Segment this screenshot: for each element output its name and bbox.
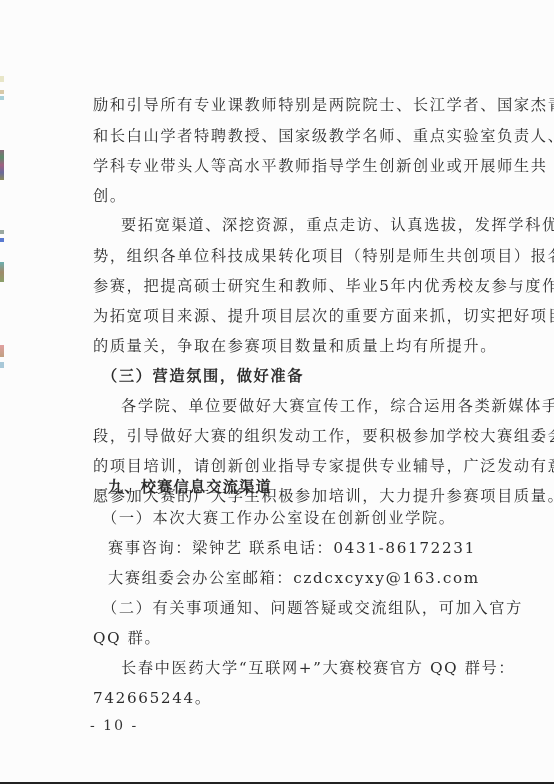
page-number: - 10 - [90, 718, 138, 734]
paragraph-line: 各学院、单位要做好大赛宣传工作，综合运用各类新媒体手 [121, 397, 554, 415]
paragraph-line: 创。 [93, 187, 127, 205]
paragraph-line: （二）有关事项通知、问题答疑或交流组队，可加入官方 [102, 599, 523, 617]
paragraph-line: 的质量关，争取在参赛项目数量和质量上均有所提升。 [93, 337, 497, 355]
paragraph-line: 和长白山学者特聘教授、国家级教学名师、重点实验室负责人、 [93, 127, 554, 145]
paragraph-line: 学科专业带头人等高水平教师指导学生创新创业或开展师生共 [93, 157, 548, 175]
paragraph-line: 要拓宽渠道、深挖资源，重点走访、认真选拔，发挥学科优 [121, 216, 554, 234]
paragraph-line: （一）本次大赛工作办公室设在创新创业学院。 [102, 509, 456, 527]
subsection-heading: （三）营造氛围，做好准备 [102, 367, 304, 385]
email-line: 大赛组委会办公室邮箱：czdcxcyxy@163.com [108, 569, 480, 587]
paragraph-line: 为拓宽项目来源、提升项目层次的重要方面来抓，切实把好项目 [93, 307, 554, 325]
qq-group-number: 742665244。 [93, 689, 212, 707]
paragraph-line: 的项目培训，请创新创业指导专家提供专业辅导，广泛发动有意 [93, 457, 554, 475]
paragraph-line: 参赛，把提高硕士研究生和教师、毕业5年内优秀校友参与度作 [93, 277, 554, 295]
paragraph-line: 势，组织各单位科技成果转化项目（特别是师生共创项目）报名 [93, 247, 554, 265]
document-page: 励和引导所有专业课教师特别是两院院士、长江学者、国家杰青 和长白山学者特聘教授、… [0, 0, 554, 784]
contact-line: 赛事咨询：梁钟艺 联系电话：0431-86172231 [108, 539, 476, 557]
paragraph-line: 长春中医药大学“互联网+”大赛校赛官方 QQ 群号： [121, 659, 515, 677]
paragraph-line: 励和引导所有专业课教师特别是两院院士、长江学者、国家杰青 [93, 96, 554, 114]
section-heading: 九、校赛信息交流渠道 [108, 478, 272, 496]
paragraph-line: 段，引导做好大赛的组织发动工作，要积极参加学校大赛组委会 [93, 427, 554, 445]
paragraph-line: QQ 群。 [93, 629, 161, 647]
